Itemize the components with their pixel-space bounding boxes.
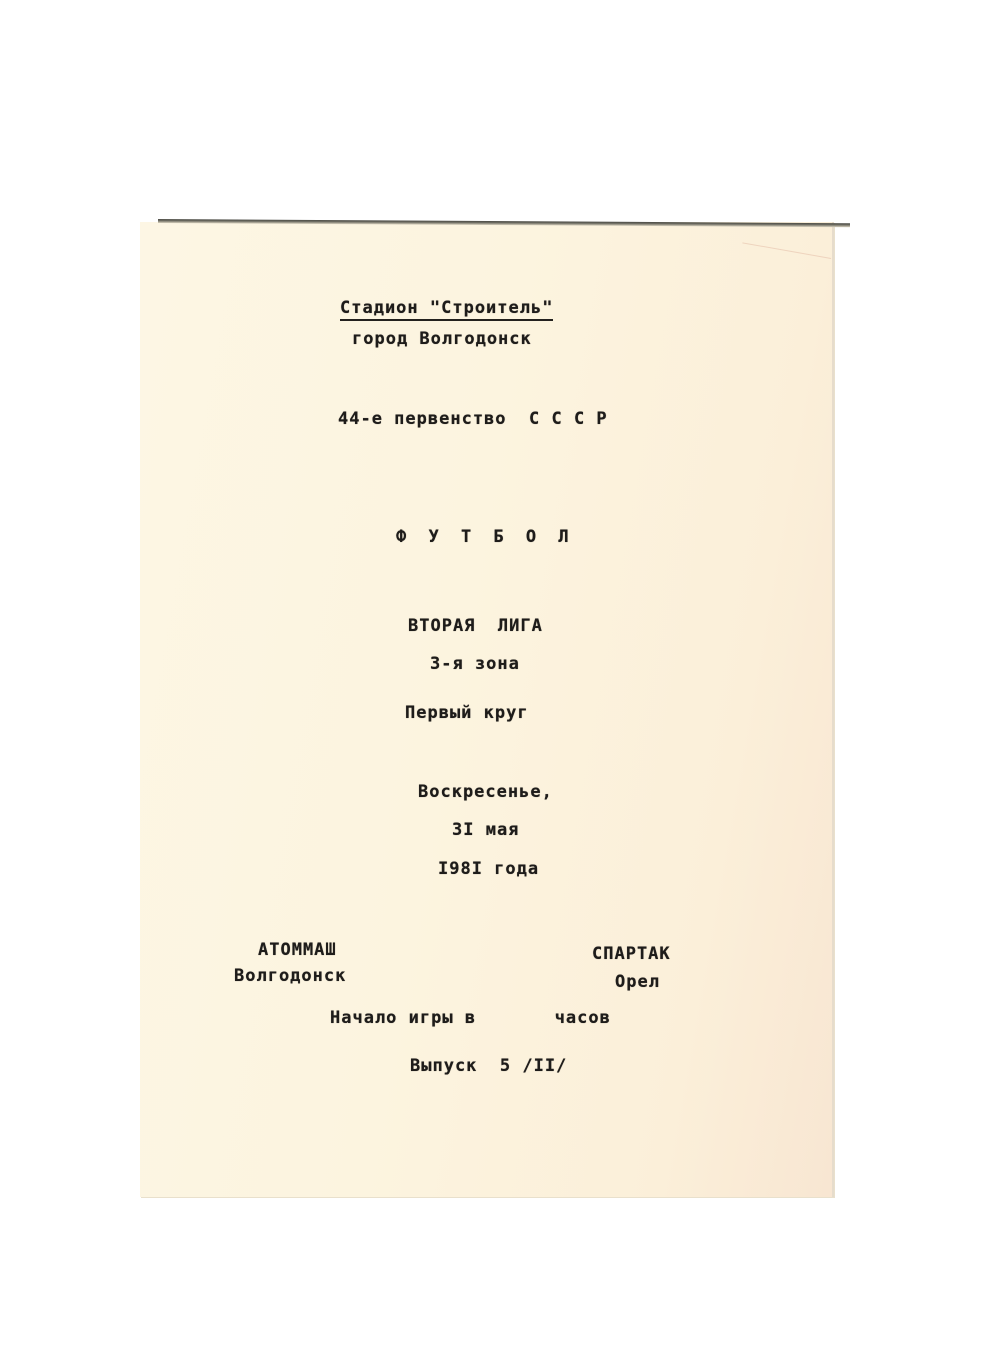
away-team-name: СПАРТАК xyxy=(592,944,671,964)
championship-line: 44-е первенство С С С Р xyxy=(338,409,608,429)
home-team-city: Волгодонск xyxy=(234,966,346,986)
stadium-title: Стадион "Строитель" xyxy=(340,298,553,318)
league-line: ВТОРАЯ ЛИГА xyxy=(408,616,543,636)
day-of-week: Воскресенье, xyxy=(418,782,553,802)
round-line: Первый круг xyxy=(405,703,529,723)
issue-number: Выпуск 5 /II/ xyxy=(410,1056,567,1076)
home-team-name: АТОММАШ xyxy=(258,940,337,960)
country-name: С С С Р xyxy=(529,409,608,429)
match-date: 3I мая xyxy=(452,820,519,840)
zone-line: 3-я зона xyxy=(430,654,520,674)
stadium-name: Стадион "Строитель" xyxy=(340,298,553,321)
away-team-city: Орел xyxy=(615,972,660,992)
championship-number: 44-е первенство xyxy=(338,409,507,429)
kickoff-line: Начало игры в часов xyxy=(330,1008,611,1028)
city-line: город Волгодонск xyxy=(352,329,532,349)
sport-title: Ф У Т Б О Л xyxy=(396,527,575,547)
match-year: I98I года xyxy=(438,859,539,879)
